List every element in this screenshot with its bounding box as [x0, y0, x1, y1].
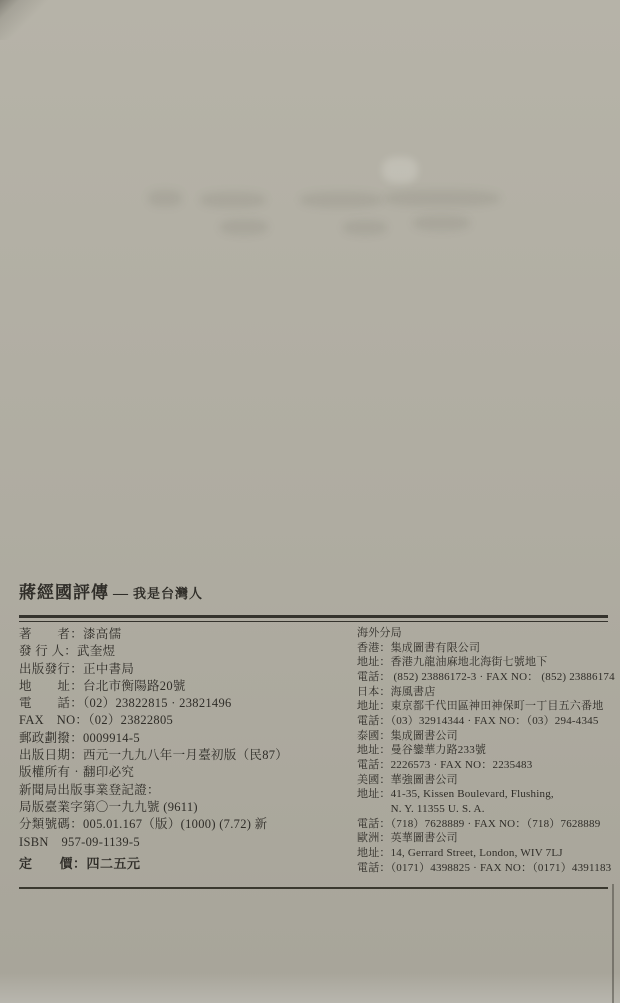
branch-row: 電話：（03）32914344 · FAX NO：（03）294-4345 [357, 714, 613, 729]
price-row: 定 價：四二五元 [19, 853, 141, 872]
showthrough-smudge [343, 220, 387, 235]
colophon-row: 版權所有‧翻印必究 [19, 764, 349, 781]
branch-row: 歐洲：英華圖書公司 [357, 831, 613, 846]
showthrough-smudge [200, 192, 266, 208]
colophon-row: 局版臺業字第〇一九九號 (9611) [19, 799, 349, 816]
branch-row: 地址：14, Gerrard Street, London, WIV 7LJ [357, 846, 613, 861]
colophon-page: 蔣經國評傳—我是台灣人 著 者：漆高儒發 行 人：武奎煜出版發行：正中書局地 址… [0, 0, 620, 1003]
book-title-row: 蔣經國評傳—我是台灣人 [19, 578, 203, 603]
branch-row: 電話： (852) 23886172-3 · FAX NO： (852) 238… [357, 670, 613, 685]
branch-row: 地址：曼谷鑾華力路233號 [357, 743, 613, 758]
book-title: 蔣經國評傳 [19, 583, 109, 602]
colophon-row: 出版發行：正中書局 [19, 661, 349, 678]
colophon-row: 著 者：漆高儒 [19, 626, 349, 643]
showthrough-smudge [220, 219, 268, 235]
overseas-branches-heading: 海外分局 [357, 626, 613, 641]
colophon-row: FAX NO：（02）23822805 [19, 712, 349, 729]
colophon-row: ISBN 957-09-1139-5 [19, 834, 349, 851]
showthrough-smudge [384, 190, 500, 207]
branch-row: 泰國：集成圖書公司 [357, 729, 613, 744]
colophon-row: 發 行 人：武奎煜 [19, 643, 349, 660]
title-dash: — [109, 586, 133, 602]
colophon-row: 電 話：（02）23822815 · 23821496 [19, 695, 349, 712]
branch-row: 地址：香港九龍油麻地北海街七號地下 [357, 655, 613, 670]
book-subtitle: 我是台灣人 [133, 586, 203, 601]
branch-row: 電話：（0171）4398825 · FAX NO：（0171）4391183 [357, 861, 613, 876]
branch-row: 地址：東京都千代田區神田神保町一丁目五六番地 [357, 699, 613, 714]
title-rule-thin [19, 621, 608, 622]
showthrough-smudge [413, 215, 470, 231]
branch-row: 香港：集成圖書有限公司 [357, 641, 613, 656]
page-edge-line [612, 884, 614, 1003]
overseas-branches-list: 香港：集成圖書有限公司地址：香港九龍油麻地北海街七號地下電話： (852) 23… [357, 641, 613, 876]
colophon-row: 分類號碼：005.01.167（版）(1000) (7.72) 新 [19, 816, 349, 833]
title-rule-thick [19, 615, 608, 618]
colophon-row: 新聞局出版事業登記證： [19, 782, 349, 799]
branch-row: 電話：（718）7628889 · FAX NO：（718）7628889 [357, 817, 613, 832]
overseas-branches-column: 海外分局 香港：集成圖書有限公司地址：香港九龍油麻地北海街七號地下電話： (85… [357, 626, 613, 875]
branch-row: N. Y. 11355 U. S. A. [357, 802, 613, 817]
colophon-row: 地 址：台北市衡陽路20號 [19, 678, 349, 695]
bottom-rule [19, 887, 608, 889]
branch-row: 地址：41-35, Kissen Boulevard, Flushing, [357, 787, 613, 802]
branch-row: 電話：2226573 · FAX NO：2235483 [357, 758, 613, 773]
colophon-row: 郵政劃撥：0009914-5 [19, 730, 349, 747]
publication-details-column: 著 者：漆高儒發 行 人：武奎煜出版發行：正中書局地 址：台北市衡陽路20號電 … [19, 626, 349, 851]
showthrough-smudge [148, 190, 182, 207]
showthrough-smudge [300, 192, 382, 208]
branch-row: 日本：海風書店 [357, 685, 613, 700]
showthrough-highlight [382, 157, 418, 183]
page-corner-shadow [0, 0, 70, 40]
colophon-row: 出版日期：西元一九九八年一月臺初版（民87） [19, 747, 349, 764]
branch-row: 美國：華強圖書公司 [357, 773, 613, 788]
